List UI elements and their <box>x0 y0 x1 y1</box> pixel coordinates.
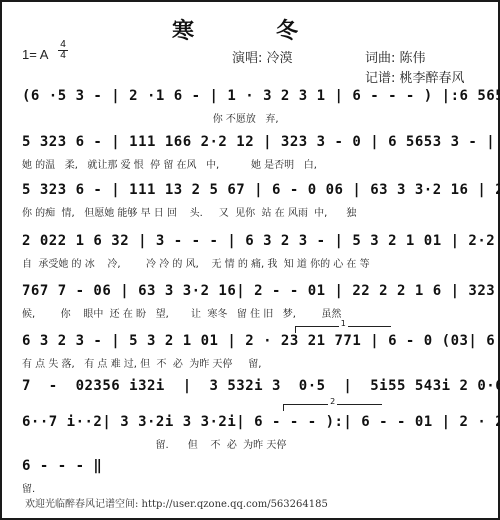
lyrics: 留. 但 不 必 为昨 天停 <box>22 436 286 451</box>
footer-link-text: 欢迎光临醉春风记谱空间: http://user.qzone.qq.com/56… <box>25 495 328 510</box>
notes: 6··7 i··2| 3 3·2i 3 3·2i| 6 - - - ):| 6 … <box>22 414 500 430</box>
notes: 6 - - - ‖ <box>22 458 102 474</box>
notes: (6 ·5 3 - | 2 ·1 6 - | 1 · 3 2 3 1 | 6 -… <box>22 88 500 104</box>
volta-2-bracket: 2 <box>283 404 382 411</box>
notes: 5 323 6 - | 111 166 2·2 12 | 323 3 - 0 |… <box>22 134 495 150</box>
singer-credit: 演唱: 冷漠 <box>232 47 293 66</box>
score-line-6: 6 3 2 3 - | 5 3 2 1 01 | 2 · 23 21 771 |… <box>0 333 500 377</box>
score-line-4: 2 022 1 6 32 | 3 - - - | 6 3 2 3 - | 5 3… <box>0 233 500 277</box>
score-line-1: (6 ·5 3 - | 2 ·1 6 - | 1 · 3 2 3 1 | 6 -… <box>0 88 500 132</box>
composer-credit: 词曲: 陈伟 <box>365 47 426 66</box>
notes: 7 - 02356 i32i | 3 532i 3 0·5 | 5i55 543… <box>22 378 500 394</box>
notes: 767 7 - 06 | 63 3 3·2 16| 2 - - 01 | 22 … <box>22 283 500 299</box>
notes: 2 022 1 6 32 | 3 - - - | 6 3 2 3 - | 5 3… <box>22 233 500 249</box>
lyrics: 你 的痴 情, 但愿她 能够 早 日 回 头. 又 见你 站 在 风雨 中, 独 <box>22 204 356 219</box>
notes: 5 323 6 - | 111 13 2 5 67 | 6 - 0 06 | 6… <box>22 182 500 198</box>
time-signature-top: 4 <box>60 39 66 50</box>
lyrics: 候, 你 眼中 还 在 盼 望, 让 寒冬 留 住 旧 梦, 虽然 <box>22 305 341 320</box>
time-signature: 4 4 <box>58 40 68 61</box>
lyrics: 你 不愿放 弃, <box>22 110 279 125</box>
volta-1-bracket: 1 <box>295 326 391 333</box>
time-signature-bottom: 4 <box>60 50 66 61</box>
lyrics: 留. <box>22 480 35 495</box>
score-line-2: 5 323 6 - | 111 166 2·2 12 | 323 3 - 0 |… <box>0 134 500 178</box>
score-line-3: 5 323 6 - | 111 13 2 5 67 | 6 - 0 06 | 6… <box>0 182 500 226</box>
lyrics: 自 承受她 的 冰 冷, 冷 冷 的 风, 无 情 的 痛, 我 知 道 你的 … <box>22 255 370 270</box>
notes: 6 3 2 3 - | 5 3 2 1 01 | 2 · 23 21 771 |… <box>22 333 500 349</box>
notator-credit: 记谱: 桃李醉春风 <box>365 67 465 86</box>
lyrics: 她 的温 柔, 就让那 爱 恨 停 留 在风 中, 她 是否明 白, <box>22 156 317 171</box>
key-signature: 1= A <box>22 47 48 62</box>
song-title: 寒 冬 <box>0 14 500 45</box>
score-line-5: 767 7 - 06 | 63 3 3·2 16| 2 - - 01 | 22 … <box>0 283 500 327</box>
score-line-8: 6··7 i··2| 3 3·2i 3 3·2i| 6 - - - ):| 6 … <box>0 414 500 458</box>
lyrics: 有 点 失 落, 有 点 难 过, 但 不 必 为昨 天停 留, <box>22 355 261 370</box>
